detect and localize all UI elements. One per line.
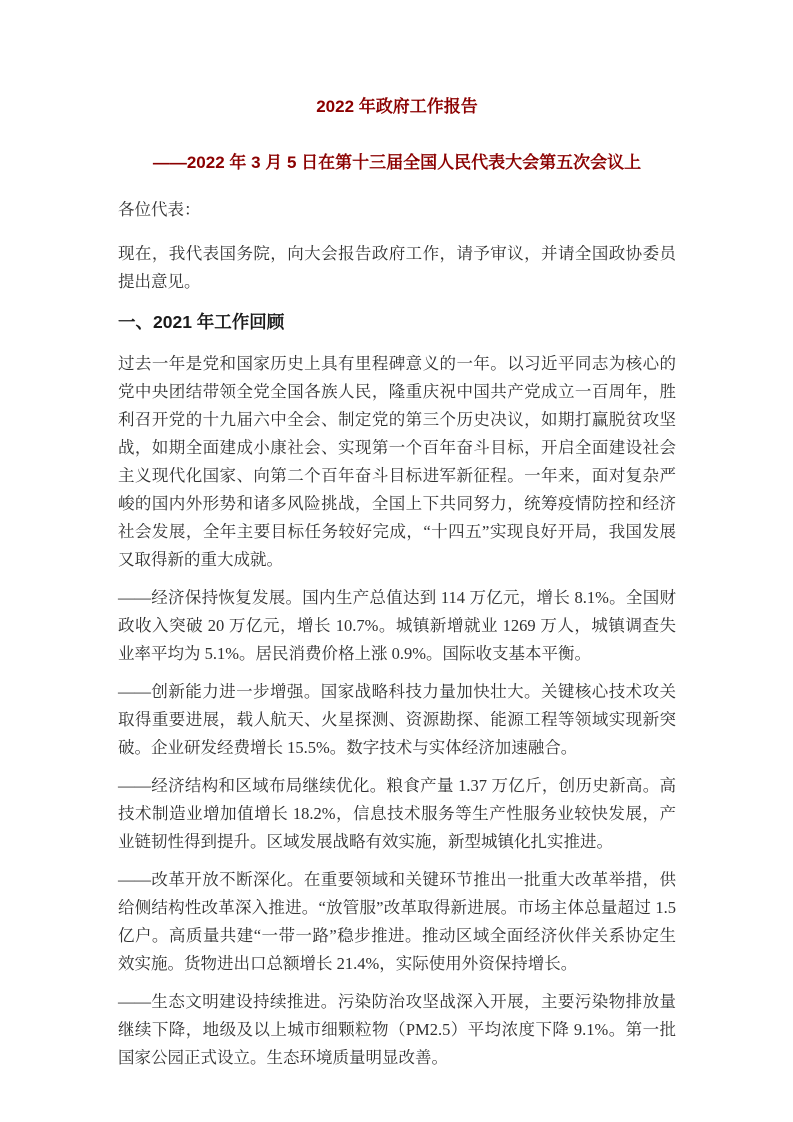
document-title: 2022 年政府工作报告 xyxy=(118,96,676,118)
section-heading-2021-review: 一、2021 年工作回顾 xyxy=(118,310,676,334)
salutation: 各位代表： xyxy=(118,196,676,224)
body-paragraph: ——创新能力进一步增强。国家战略科技力量加快壮大。关键核心技术攻关取得重要进展，… xyxy=(118,678,676,762)
intro-paragraph: 现在，我代表国务院，向大会报告政府工作，请予审议，并请全国政协委员提出意见。 xyxy=(118,240,676,296)
body-paragraph: 过去一年是党和国家历史上具有里程碑意义的一年。以习近平同志为核心的党中央团结带领… xyxy=(118,350,676,574)
body-paragraph: ——经济保持恢复发展。国内生产总值达到 114 万亿元，增长 8.1%。全国财政… xyxy=(118,584,676,668)
body-paragraph: ——生态文明建设持续推进。污染防治攻坚战深入开展，主要污染物排放量继续下降，地级… xyxy=(118,988,676,1072)
document-subtitle: ——2022 年 3 月 5 日在第十三届全国人民代表大会第五次会议上 xyxy=(118,152,676,174)
document-page: 2022 年政府工作报告 ——2022 年 3 月 5 日在第十三届全国人民代表… xyxy=(0,0,793,1122)
body-paragraph: ——改革开放不断深化。在重要领域和关键环节推出一批重大改革举措，供给侧结构性改革… xyxy=(118,866,676,978)
body-paragraph: ——经济结构和区域布局继续优化。粮食产量 1.37 万亿斤，创历史新高。高技术制… xyxy=(118,772,676,856)
